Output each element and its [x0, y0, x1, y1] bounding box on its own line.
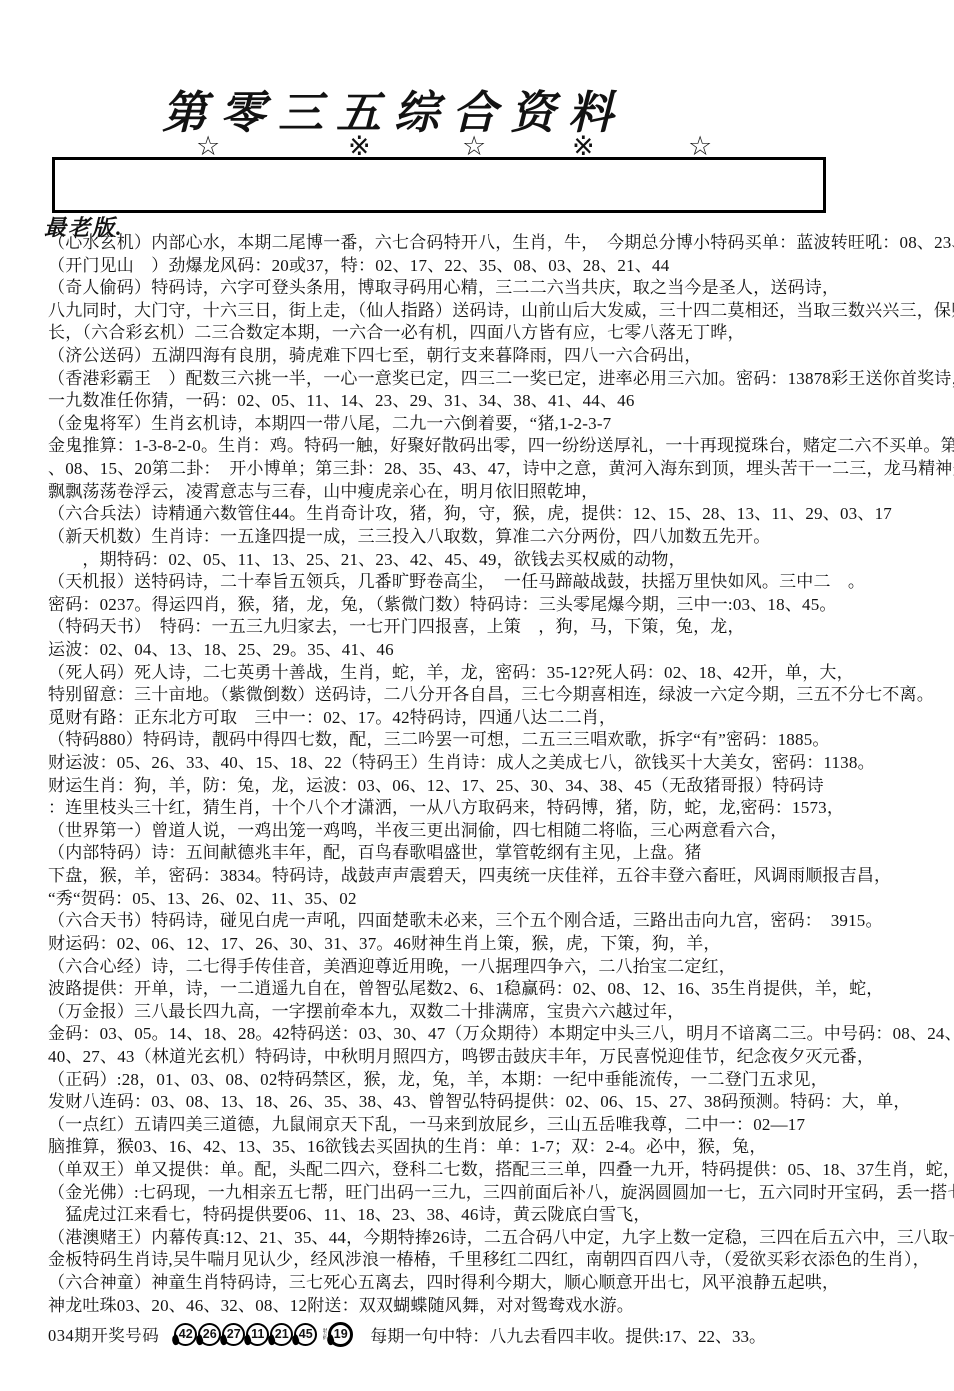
text-line: （心水玄机）内部心水，本期二尾博一番，六七合码特开八，生肖，牛， 今期总分博小特…	[48, 232, 954, 255]
special-number-ball: 19	[328, 1322, 353, 1347]
text-line: （济公送码）五湖四海有良朋，骑虎难下四七至，朝行支来暮降雨，四八一六合码出，	[48, 345, 954, 368]
text-line: （死人码）死人诗，二七英勇十善战，生肖，蛇，羊，龙，密码：35-12?死人码：0…	[48, 662, 954, 685]
text-line: （一点红）五请四美三道德，九鼠闹京天下乱，一马来到放屁乡，三山五岳唯我尊，二中一…	[48, 1114, 954, 1137]
number-ball: 11	[246, 1323, 269, 1346]
result-balls: 422627112145特码19	[174, 1322, 354, 1347]
text-line: 财运波：05、26、33、40、15、18、22（特码王）生肖诗：成人之美成七八…	[48, 752, 954, 775]
text-line: （六合兵法）诗精通六数管住44。生肖奇计攻，猪，狗，守，猴，虎，提供：12、15…	[48, 503, 954, 526]
text-line: 运波：02、04、13、18、25、29。35、41、46	[48, 639, 954, 662]
text-line: 特别留意：三十亩地。（紫微倒数）送码诗，二八分开各自昌，三七今期喜相连，绿波一六…	[48, 684, 954, 707]
text-line: （正码）:28，01、03、08、02特码禁区，猴，龙，兔，羊，本期：一纪中垂能…	[48, 1069, 954, 1092]
text-line: 金码：03、05。14、18、28。42特码送：03、30、47（万众期待）本期…	[48, 1023, 954, 1046]
text-line: ：连里枝头三十红，猜生肖，十个八个才潇洒，一从八方取码来，特码博，猪，防，蛇，龙…	[48, 797, 954, 820]
text-line: 财运生肖：狗，羊，防：兔，龙，运波：03、06、12、17、25、30、34、3…	[48, 775, 954, 798]
result-row: 034期开奖号码 422627112145特码19 每期一句中特：八九去看四丰收…	[48, 1319, 766, 1349]
text-line: （奇人偷码）特码诗，六字可登头条用，博取寻码用心精，三二二六当共庆，取之当今是圣…	[48, 277, 954, 300]
text-line: 下盘，猴，羊，密码：3834。特码诗，战鼓声声震碧天，四夷统一庆佳祥，五谷丰登六…	[48, 865, 954, 888]
text-line: （港澳赌王）内幕传真:12、21、35、44，今期特捧26诗，二五合码八中定，九…	[48, 1227, 954, 1250]
star-icon: ☆	[688, 133, 712, 160]
text-line: （新天机数）生肖诗：一五逢四提一成，三三投入八取数，算准二六分两份，四八加数五先…	[48, 526, 954, 549]
star-icon: ☆	[196, 133, 220, 160]
text-line: 八九同时，大门守，十六三日，街上走，（仙人指路）送码诗，山前山后大发威，三十四二…	[48, 300, 954, 323]
text-line: （天机报）送特码诗，二十奉旨五领兵，几番旷野卷高尘， 一任马蹄敲战鼓，扶摇万里快…	[48, 571, 954, 594]
star-icon: ☆	[462, 133, 486, 160]
text-line: 飘飘荡荡卷浮云，凌霄意志与三春，山中瘦虎亲心在，明月依旧照乾坤，	[48, 481, 954, 504]
footer-tagline: 每期一句中特：八九去看四丰收。提供:17、22、33。	[370, 1322, 766, 1347]
text-line: 密码：0237。得运四肖，猴，猪，龙，兔，（紫微门数）特码诗：三头零尾爆今期，三…	[48, 594, 954, 617]
text-line: 神龙吐珠03、20、46、32、08、12附送：双双蝴蝶随风舞，对对鸳鸯戏水游。	[48, 1295, 954, 1318]
text-line: （金鬼将军）生肖玄机诗，本期四一带八尾，二九一六倒着要，“猪,1-2-3-7	[48, 413, 954, 436]
number-ball: 26	[198, 1323, 221, 1346]
reference-mark-icon: ※	[572, 133, 595, 160]
body-text: （心水玄机）内部心水，本期二尾博一番，六七合码特开八，生肖，牛， 今期总分博小特…	[0, 232, 954, 1317]
text-line: 脑推算，猴03、16、42、13、35、16欲钱去买固执的生肖：单：1-7；双：…	[48, 1136, 954, 1159]
text-line: （六合心经）诗，二七得手传佳音，美酒迎尊近用晚，一八据理四争六，二八抬宝二定红，	[48, 956, 954, 979]
text-line: （特码天书） 特码：一五三九归家去，一七开门四报喜，上策 ，狗，马，下策，兔，龙…	[48, 616, 954, 639]
text-line: 波路提供：开单，诗，一二逍遥九自在，曾智弘尾数2、6、1稳赢码：02、08、12…	[48, 978, 954, 1001]
text-line: （六合神童）神童生肖特码诗，三七死心五离去，四时得利今期大，顺心顺意开出七，风平…	[48, 1272, 954, 1295]
text-line: 金鬼推算：1-3-8-2-0。生肖：鸡。特码一触，好聚好散码出零，四一纷纷送厚礼…	[48, 435, 954, 458]
text-line: （特码880）特码诗，靓码中得四七数，配，三二吟罢一可想，二五三三唱欢歌，拆字“…	[48, 729, 954, 752]
text-line: 长，（六合彩玄机）二三合数定本期，一六合一必有机，四面八方皆有应，七零八落无丁晔…	[48, 322, 954, 345]
text-line: （世界第一）曾道人说，一鸡出笼一鸡鸣，半夜三更出洞偷，四七相随二将临，三心两意看…	[48, 820, 954, 843]
issue-label: 034期开奖号码	[48, 1322, 159, 1346]
number-ball: 42	[174, 1323, 197, 1346]
text-line: （开门见山 ）劲爆龙风码：20或37，特：02、17、22、35、08、03、2…	[48, 255, 954, 278]
text-line: （香港彩霸王 ）配数三六挑一半，一心一意奖已定，四三二一奖已定，进率必用三六加。…	[48, 368, 954, 391]
number-ball: 27	[222, 1323, 245, 1346]
text-line: 猛虎过江来看七，特码提供要06、11、18、23、38、46诗，黄云陇底白雪飞，	[48, 1204, 954, 1227]
text-line: 发财八连码：03、08、13、18、26、35、38、43、曾智弘特码提供：02…	[48, 1091, 954, 1114]
reference-mark-icon: ※	[348, 133, 371, 160]
text-line: 觅财有路：正东北方可取 三中一：02、17。42特码诗，四通八达二二肖，	[48, 707, 954, 730]
text-line: ，期特码：02、05、11、13、25、21、23、42、45、49，欲钱去买权…	[48, 549, 954, 572]
text-line: （六合天书）特码诗，碰见白虎一声吼，四面楚歌未必来，三个五个刚合适，三路出击向九…	[48, 910, 954, 933]
text-line: “秀“贺码：05、13、26、02、11、35、02	[48, 888, 954, 911]
text-line: 财运码：02、06、12、17、26、30、31、37。46财神生肖上策，猴，虎…	[48, 933, 954, 956]
text-line: 、08、15、20第二卦： 开小博单；第三卦：28、35、43、47，诗中之意，…	[48, 458, 954, 481]
number-ball: 21	[270, 1323, 293, 1346]
scanned-lottery-sheet: { "colors": { "ink": "#121212", "paper":…	[0, 0, 954, 1391]
page-title: 第零三五综合资料	[162, 76, 626, 141]
headline-box	[52, 157, 826, 213]
text-line: 40、27、43（林道光玄机）特码诗，中秋明月照四方，鸣锣击鼓庆丰年，万民喜悦迎…	[48, 1046, 954, 1069]
text-line: 金板特码生肖诗,吴牛喘月见认少，经风涉浪一椿椿，千里移红二四红，南朝四百四八寺，…	[48, 1249, 954, 1272]
text-line: （金光佛）:七码现，一九相亲五七帮，旺门出码一三九，三四前面后补八，旋涡圆圆加一…	[48, 1182, 954, 1205]
text-line: （万金报）三八最长四九高，一字摆前牵本九，双数二十排满席，宝贵六六越过年，	[48, 1001, 954, 1024]
text-line: 一九数准任你猜，一码：02、05、11、14、23、29、31、34、38、41…	[48, 390, 954, 413]
text-line: （内部特码）诗：五间献德兆丰年，配，百鸟春歌唱盛世，掌管乾纲有主见，上盘。猪	[48, 842, 954, 865]
text-line: （单双王）单又提供：单。配，头配二四六，登科二七数，搭配三三单，四叠一九开，特码…	[48, 1159, 954, 1182]
number-ball: 45	[294, 1323, 317, 1346]
